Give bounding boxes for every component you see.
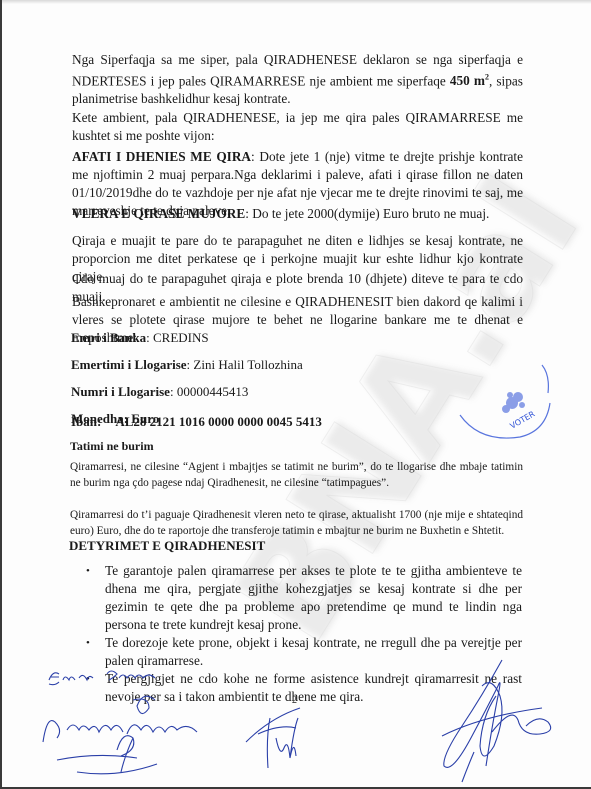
field-account-name: Emertimi i Llogarise: Zini Halil Tollozh… <box>71 357 303 373</box>
field-bank-name: Emri i Banka: CREDINS <box>71 330 209 346</box>
list-item: •Te pergjigjet ne cdo kohe ne forme asis… <box>86 670 522 706</box>
official-stamp: VOTER <box>450 355 560 445</box>
stamp-text: VOTER <box>509 409 537 431</box>
top-shadow <box>2 0 591 4</box>
list-item: •Te garantoje palen qiramarrese per akse… <box>86 562 522 634</box>
vlera-label: VLERA E QIRASE MUJORE <box>72 206 245 221</box>
paragraph-conditions: Kete ambient, pala QIRADHENESE, ia jep m… <box>72 109 523 145</box>
tatimi-paragraph-2: Qiramarresi do t’i paguaje Qiradhenesit … <box>70 507 523 539</box>
area-value: 450 m2 <box>450 73 489 88</box>
paragraph-surface: Nga Siperfaqja sa me siper, pala QIRADHE… <box>72 51 523 108</box>
bullet-icon: • <box>86 634 90 652</box>
bullet-icon: • <box>86 562 90 580</box>
bullet-icon: • <box>86 670 90 688</box>
field-account-number: Numri i Llogarise: 00000445413 <box>71 384 248 400</box>
tatimi-title: Tatimi ne burim <box>70 439 154 454</box>
afati-label: AFATI I DHENIES ME QIRA <box>72 149 251 164</box>
paragraph-vlera: VLERA E QIRASE MUJORE: Do te jete 2000(d… <box>72 205 523 223</box>
detyrimet-list: •Te garantoje palen qiramarrese per akse… <box>86 562 522 706</box>
list-item: •Te dorezoje kete prone, objekt i kesaj … <box>86 634 522 670</box>
vlera-text: : Do te jete 2000(dymije) Euro bruto ne … <box>245 206 489 221</box>
field-iban: Iban:AL28 2121 1016 0000 0000 0045 5413 <box>71 414 322 430</box>
document-page: BNA.al Nga Siperfaqja sa me siper, pala … <box>0 0 591 789</box>
page-number: 2 <box>292 695 297 706</box>
signature-middle <box>240 698 320 778</box>
tatimi-paragraph-1: Qiramarresi, ne cilesine “Agjent i mbajt… <box>70 459 523 491</box>
detyrimet-title: DETYRIMET E QIRADHENESIT <box>69 538 265 554</box>
